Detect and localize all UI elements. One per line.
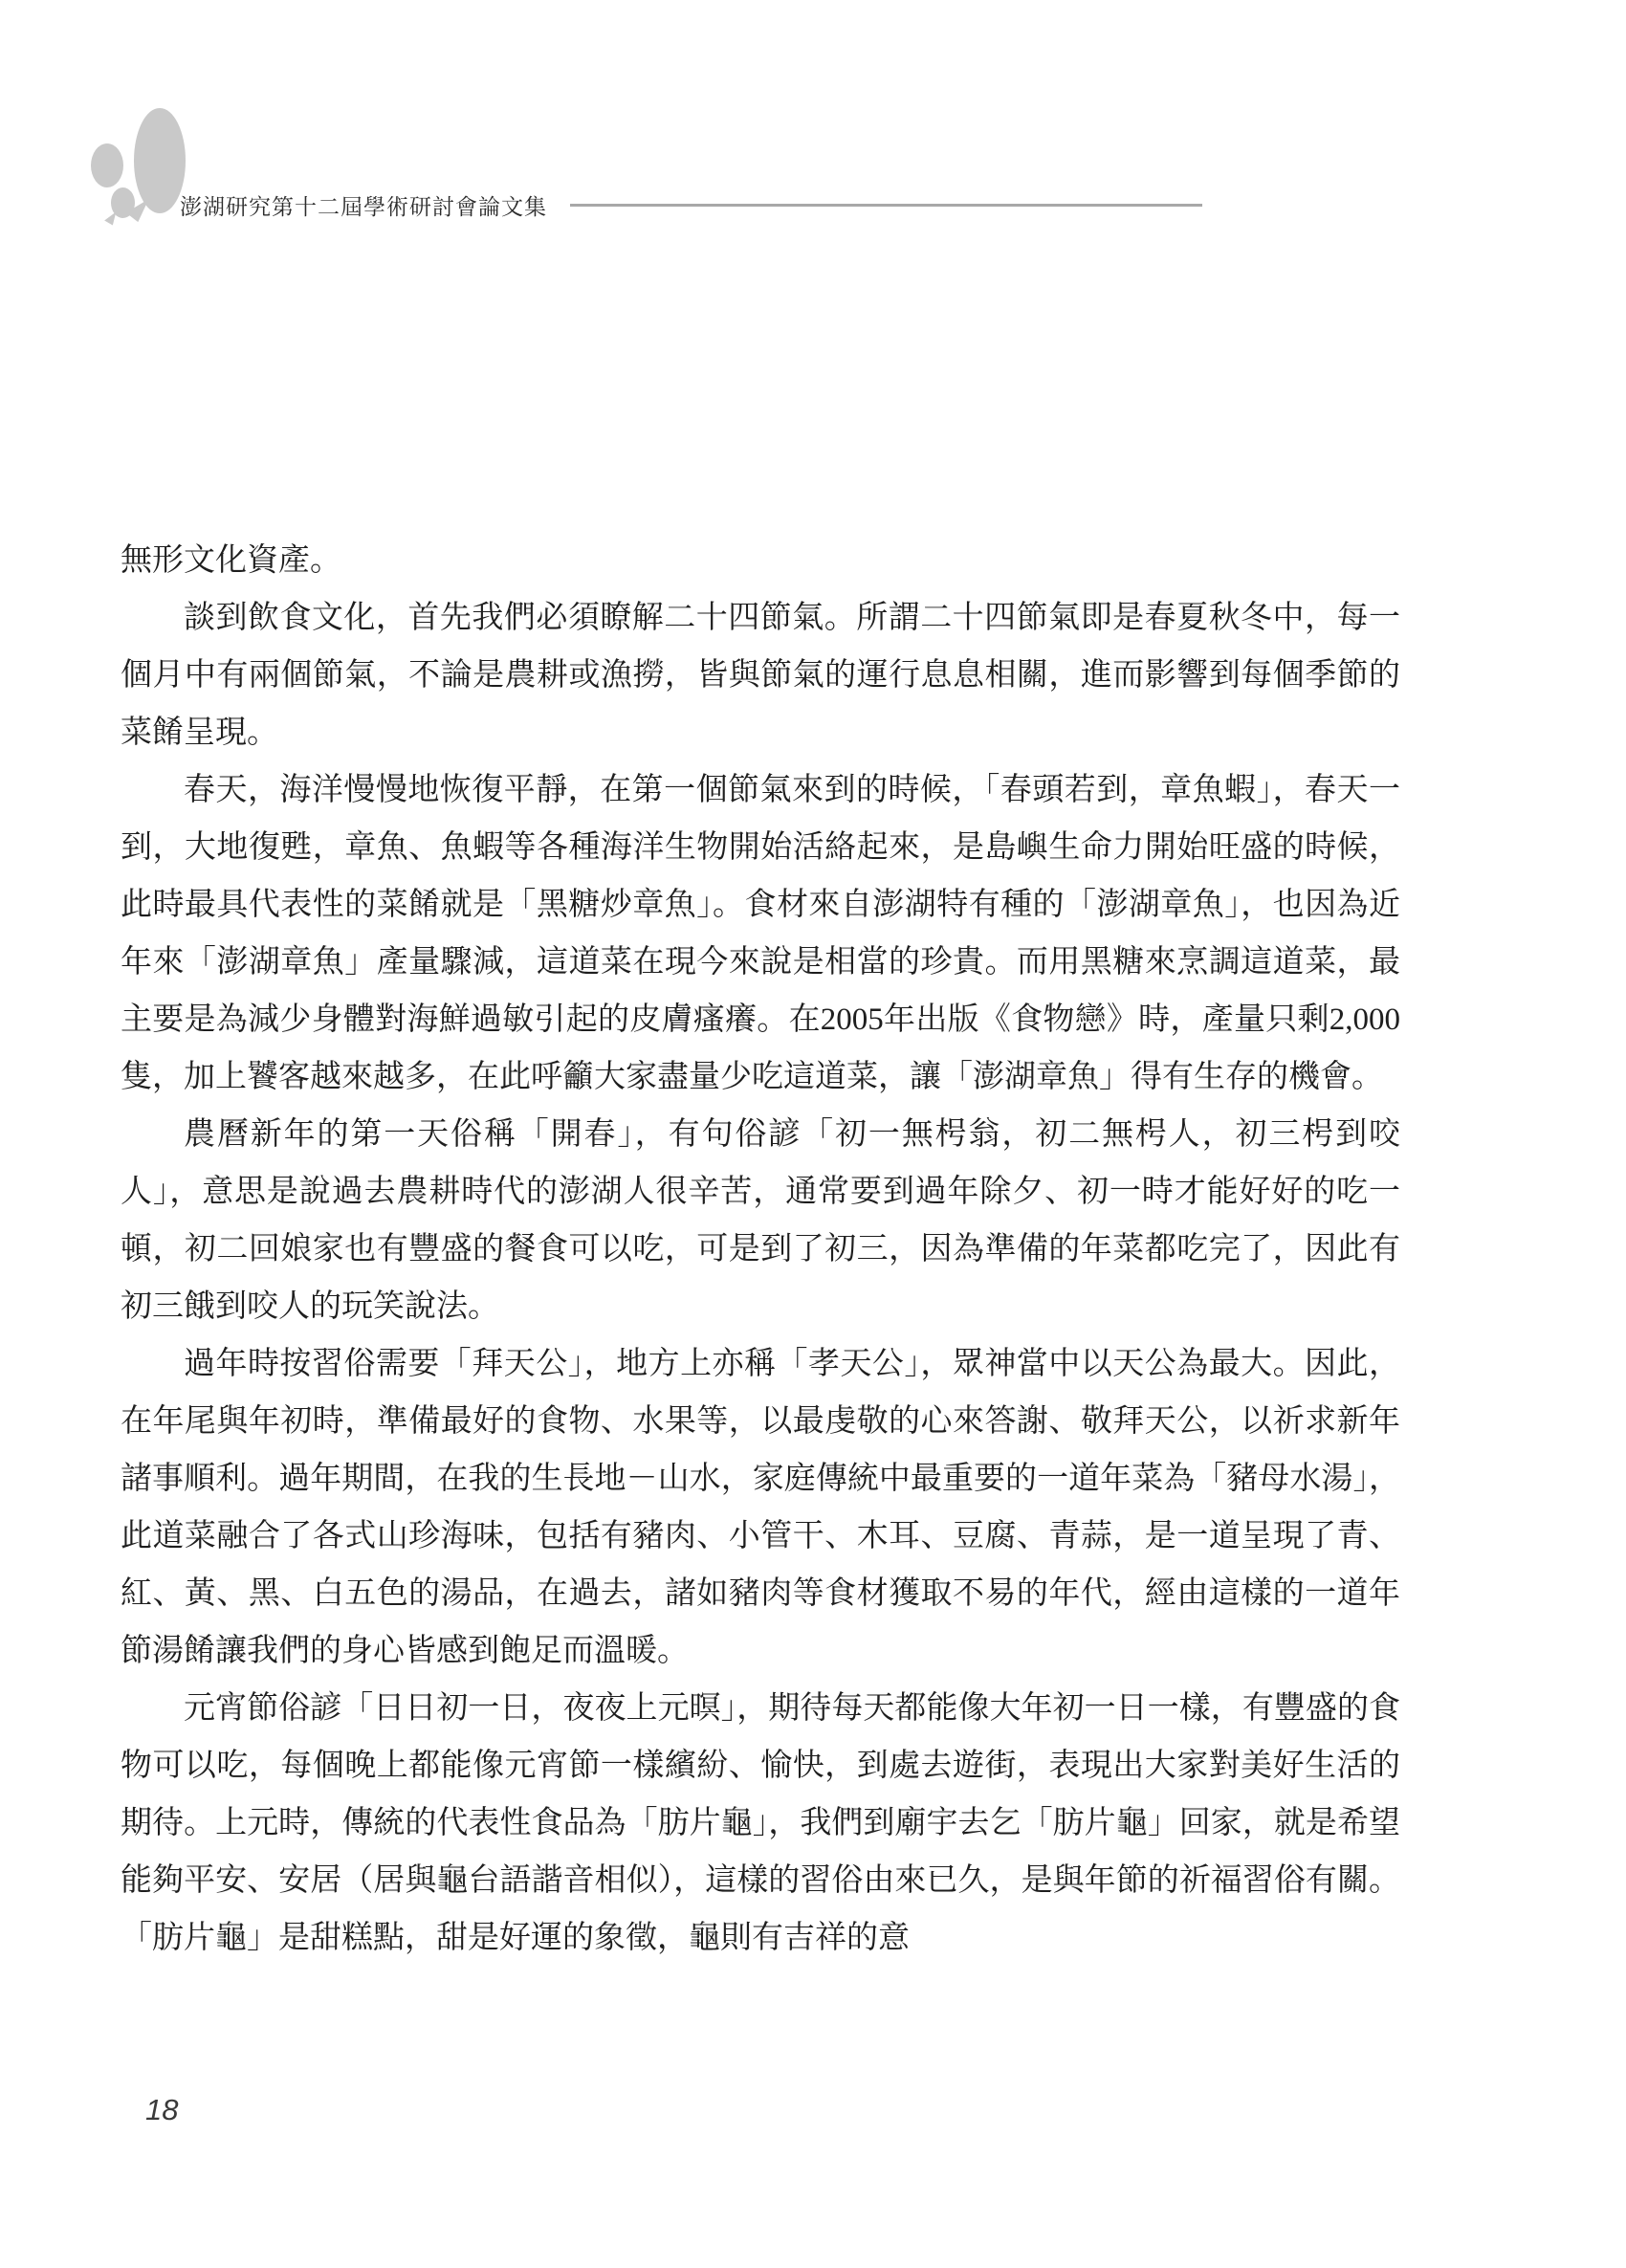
paragraph-spring-octopus: 春天，海洋慢慢地恢復平靜，在第一個節氣來到的時候，「春頭若到，章魚蝦」，春天一到… [121,761,1400,1106]
paragraph-continuation: 無形文化資產。 [121,532,1400,589]
proceedings-page: 澎湖研究第十二屆學術研討會論文集 無形文化資產。 談到飲食文化，首先我們必須瞭解… [0,0,1626,2268]
page-number: 18 [145,2093,178,2127]
paragraph-lunar-new-year: 農曆新年的第一天俗稱「開春」，有句俗諺「初一無枵翁，初二無枵人，初三枵到咬人」，… [121,1106,1400,1335]
page-header: 澎湖研究第十二屆學術研討會論文集 [180,189,1202,221]
body-text: 無形文化資產。 談到飲食文化，首先我們必須瞭解二十四節氣。所謂二十四節氣即是春夏… [121,532,1400,1967]
paragraph-lantern-festival: 元宵節俗諺「日日初一日，夜夜上元暝」，期待每天都能像大年初一日一樣，有豐盛的食物… [121,1680,1400,1967]
logo-blob-medium [91,143,123,187]
speech-bubble-logo-icon [86,103,191,223]
proceedings-title: 澎湖研究第十二屆學術研討會論文集 [180,189,547,221]
header-rule [570,204,1202,207]
paragraph-worship-tiangong: 過年時按習俗需要「拜天公」，地方上亦稱「孝天公」，眾神當中以天公為最大。因此，在… [121,1335,1400,1680]
paragraph-solar-terms: 談到飲食文化，首先我們必須瞭解二十四節氣。所謂二十四節氣即是春夏秋冬中，每一個月… [121,589,1400,761]
